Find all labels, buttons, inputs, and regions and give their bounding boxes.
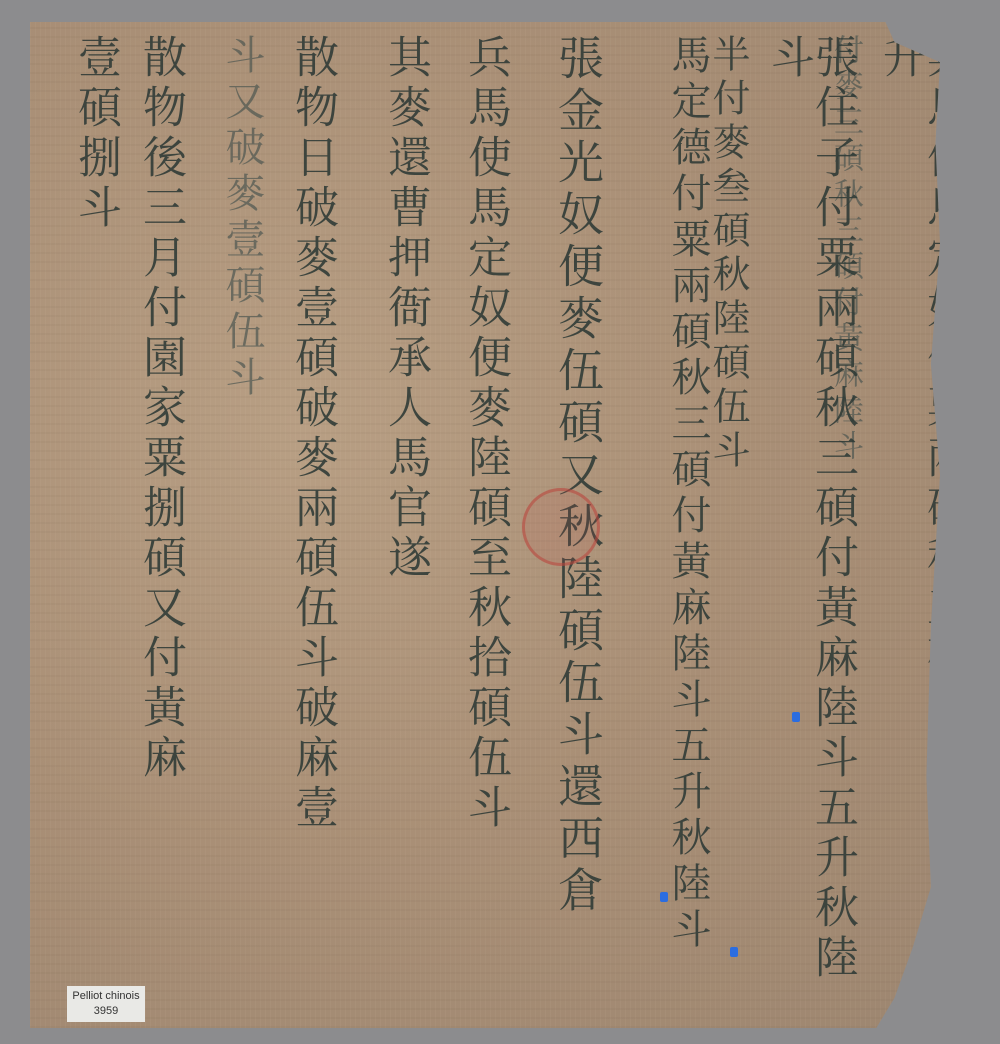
manuscript-column: 散物日破麥壹碩破麥兩碩伍斗破麻壹 — [290, 34, 334, 834]
manuscript-column: 張住子付粟兩碩秋三碩付黃麻陸斗五升秋陸斗 — [766, 34, 854, 1028]
manuscript-column: 壹碩捌斗 — [73, 34, 117, 234]
catalog-label: Pelliot chinois 3959 — [67, 986, 145, 1022]
manuscript-paper: 兵馬使馬定奴付粟兩碩秋三碩付黃麻陸斗五升付麥三碩秋三碩付黃麻陸斗張住子付粟兩碩秋… — [30, 22, 940, 1028]
manuscript-column: 馬定德付粟兩碩秋三碩付黃麻陸斗五升秋陸斗 — [668, 34, 708, 954]
blue-mark — [660, 892, 668, 902]
catalog-label-number: 3959 — [67, 1004, 145, 1019]
manuscript-column: 張金光奴便麥伍碩又秋陸碩伍斗還西倉 — [555, 34, 601, 918]
manuscript-column: 斗又破麥壹碩伍斗 — [222, 34, 262, 402]
blue-mark — [730, 947, 738, 957]
manuscript-column: 散物後三月付園家粟捌碩又付黃麻 — [138, 34, 182, 784]
manuscript-column: 其麥還曹押衙承人馬官遂 — [383, 34, 427, 584]
manuscript-column: 兵馬使馬定奴付粟兩碩秋三碩付黃麻陸斗五升 — [878, 34, 966, 1028]
catalog-label-collection: Pelliot chinois — [67, 989, 145, 1004]
manuscript-column: 兵馬使馬定奴便麥陸碩至秋拾碩伍斗 — [463, 34, 507, 834]
blue-mark — [792, 712, 800, 722]
manuscript-column: 半付麥叁碩秋陸碩伍斗 — [709, 34, 747, 474]
red-seal-stamp — [522, 488, 600, 566]
